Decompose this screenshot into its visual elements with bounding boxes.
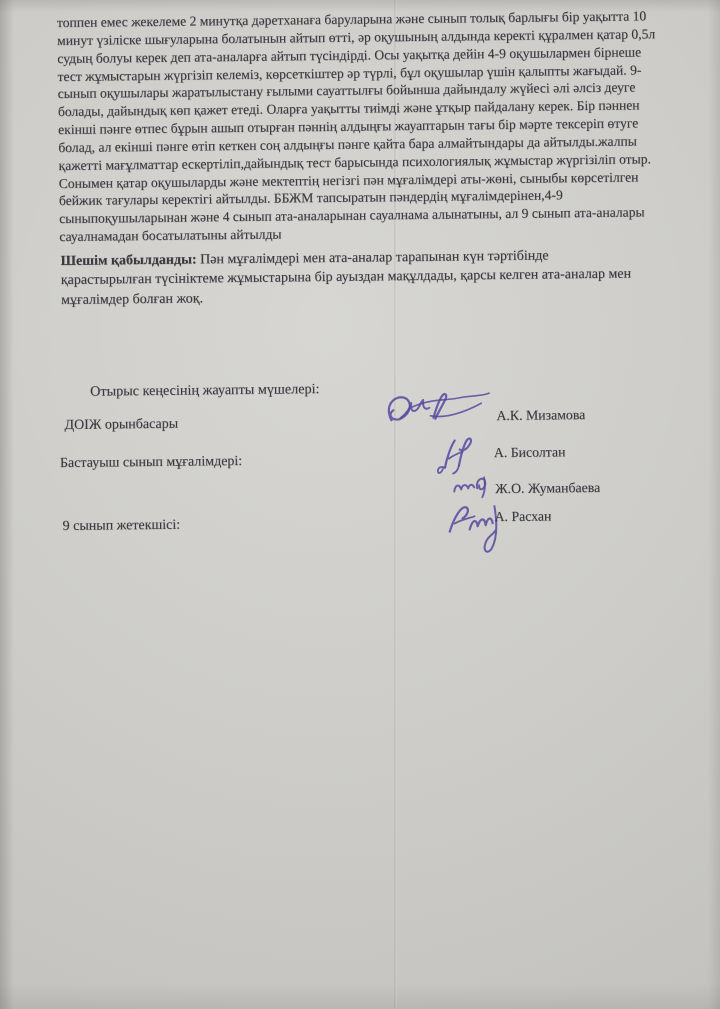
handwritten-signature-raskhan <box>446 499 505 558</box>
signature-name-mizamova: А.К. Мизамова <box>496 407 585 424</box>
discussion-paragraph: топпен емес жекелеме 2 минутқа дәретхана… <box>57 7 708 246</box>
signature-role-primary-teachers: Бастауыш сынып мұғалімдері: <box>60 454 242 472</box>
document-photo: топпен емес жекелеме 2 минутқа дәретхана… <box>0 0 720 1009</box>
signature-role-9th-grade-leader: 9 сынып жетекшісі: <box>63 518 181 535</box>
decision-heading: Шешім қабылданды: <box>61 252 197 269</box>
handwritten-signature-mizamova <box>381 391 493 434</box>
page-content: топпен емес жекелеме 2 минутқа дәретхана… <box>0 0 720 1009</box>
decision-intro: Пән мұғалімдері мен ата-аналар тарапынан… <box>197 248 549 267</box>
signature-name-zhumanbaeva: Ж.О. Жуманбаева <box>495 480 600 497</box>
signature-name-raskhan: А. Расхан <box>494 508 551 525</box>
signature-name-bisoltan: А. Бисолтан <box>494 444 566 461</box>
decision-paragraph: Шешім қабылданды: Пән мұғалімдері мен ат… <box>61 245 706 310</box>
handwritten-signature-bisoltan <box>436 436 478 476</box>
signature-role-dojh-deputy: ДОІЖ орынбасары <box>64 417 178 434</box>
signatures-title: Отырыс кеңесінің жауапты мүшелері: <box>90 381 320 401</box>
